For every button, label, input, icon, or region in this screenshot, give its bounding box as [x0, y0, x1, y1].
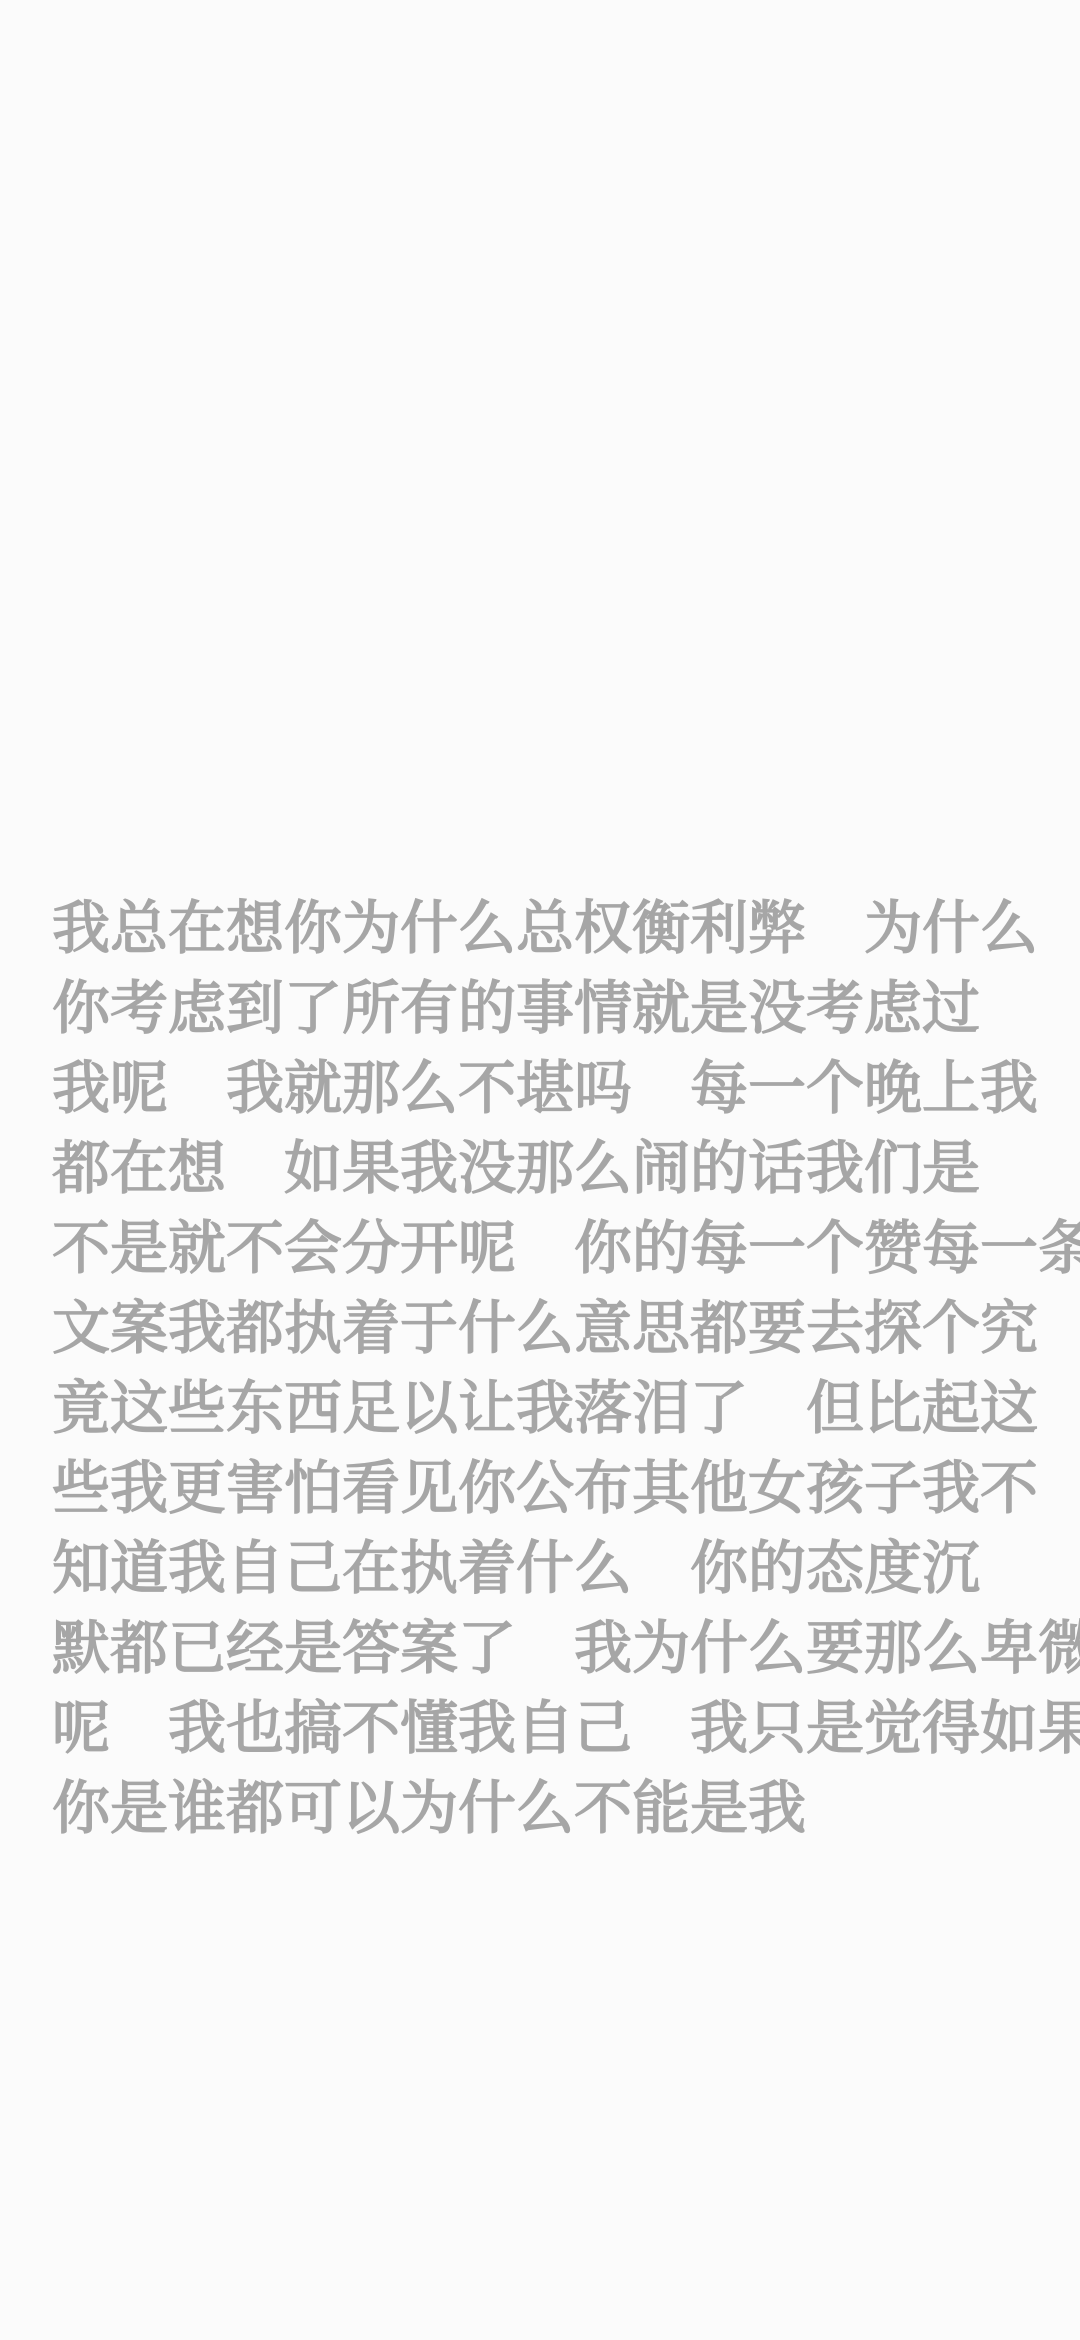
text-line-12: 你是谁都可以为什么不能是我	[52, 1768, 1048, 1848]
text-line-9: 知道我自己在执着什么 你的态度沉	[52, 1528, 1048, 1608]
text-line-11: 呢 我也搞不懂我自己 我只是觉得如果	[52, 1688, 1048, 1768]
handwritten-text-block: 我总在想你为什么总权衡利弊 为什么 你考虑到了所有的事情就是没考虑过 我呢 我就…	[52, 888, 1048, 1848]
text-line-5: 不是就不会分开呢 你的每一个赞每一条	[52, 1208, 1048, 1288]
text-line-3: 我呢 我就那么不堪吗 每一个晚上我	[52, 1048, 1048, 1128]
text-line-1: 我总在想你为什么总权衡利弊 为什么	[52, 888, 1048, 968]
text-line-2: 你考虑到了所有的事情就是没考虑过	[52, 968, 1048, 1048]
text-line-4: 都在想 如果我没那么闹的话我们是	[52, 1128, 1048, 1208]
text-line-8: 些我更害怕看见你公布其他女孩子我不	[52, 1448, 1048, 1528]
text-line-6: 文案我都执着于什么意思都要去探个究	[52, 1288, 1048, 1368]
text-line-7: 竟这些东西足以让我落泪了 但比起这	[52, 1368, 1048, 1448]
wallpaper-background: 我总在想你为什么总权衡利弊 为什么 你考虑到了所有的事情就是没考虑过 我呢 我就…	[0, 0, 1080, 2340]
text-line-10: 默都已经是答案了 我为什么要那么卑微	[52, 1608, 1048, 1688]
